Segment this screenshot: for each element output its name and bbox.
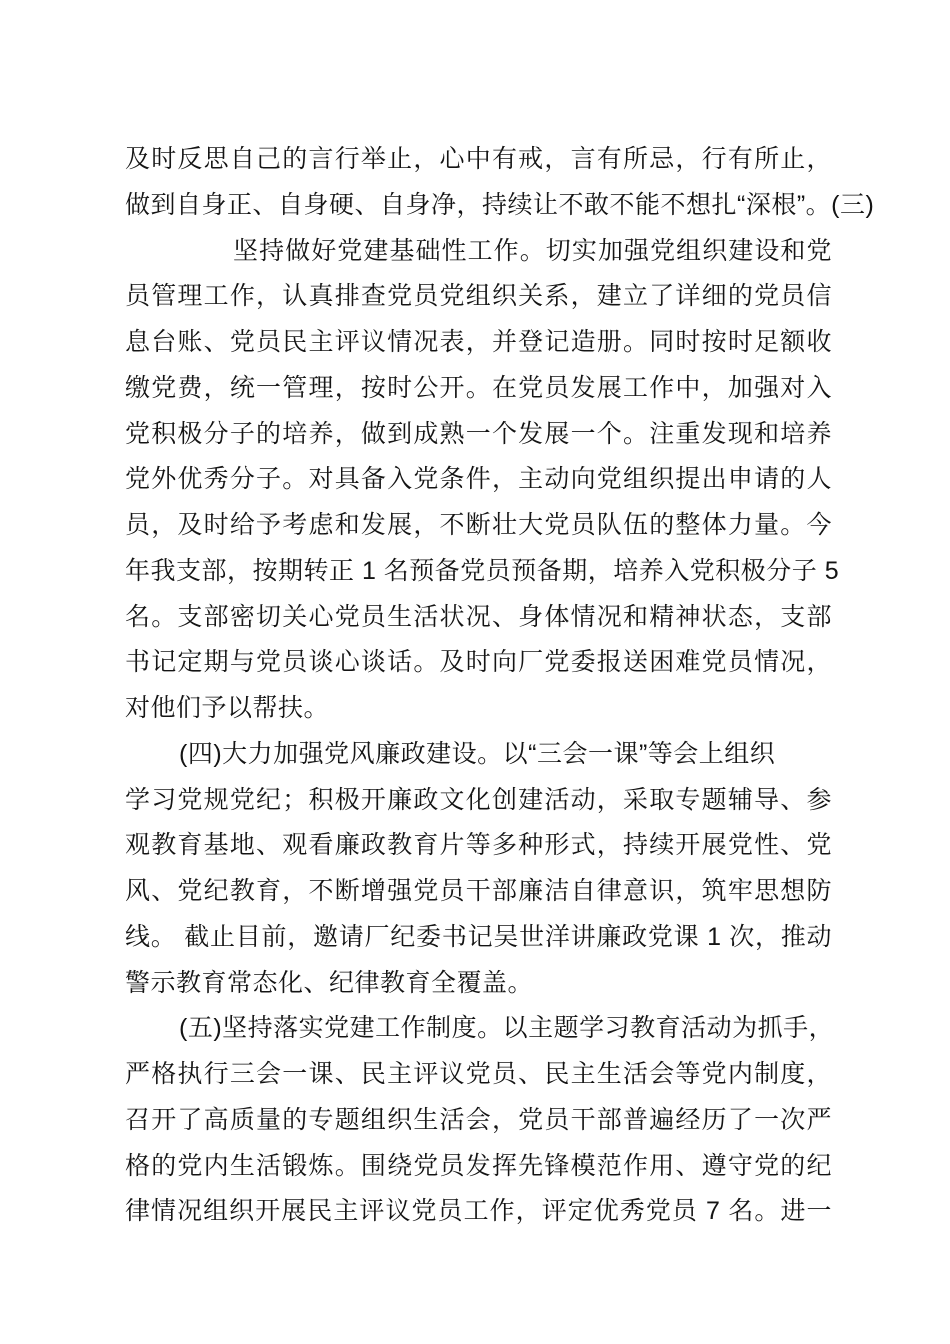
document-line: 名。支部密切关心党员生活状况、身体情况和精神状态，支部	[125, 595, 832, 641]
document-line: 员管理工作，认真排查党员党组织关系，建立了详细的党员信	[125, 274, 832, 320]
document-line: 做到自身正、自身硬、自身净，持续让不敢不能不想扎“深根”。(三)	[125, 183, 832, 229]
document-line: 格的党内生活锻炼。围绕党员发挥先锋模范作用、遵守党的纪	[125, 1144, 832, 1190]
document-line: (五)坚持落实党建工作制度。以主题学习教育活动为抓手，	[125, 1006, 832, 1052]
document-line: 书记定期与党员谈心谈话。及时向厂党委报送困难党员情况，	[125, 640, 832, 686]
document-line: 严格执行三会一课、民主评议党员、民主生活会等党内制度，	[125, 1052, 832, 1098]
page-text-block: 及时反思自己的言行举止，心中有戒，言有所忌，行有所止，做到自身正、自身硬、自身净…	[125, 137, 832, 1235]
document-line: 党外优秀分子。对具备入党条件，主动向党组织提出申请的人	[125, 457, 832, 503]
document-line: 坚持做好党建基础性工作。切实加强党组织建设和党	[125, 229, 832, 275]
document-line: 党积极分子的培养，做到成熟一个发展一个。注重发现和培养	[125, 412, 832, 458]
document-line: 及时反思自己的言行举止，心中有戒，言有所忌，行有所止，	[125, 137, 832, 183]
document-line: 律情况组织开展民主评议党员工作，评定优秀党员 7 名。进一	[125, 1189, 832, 1235]
document-line: 学习党规党纪；积极开廉政文化创建活动，采取专题辅导、参	[125, 778, 832, 824]
document-line: 缴党费，统一管理，按时公开。在党员发展工作中，加强对入	[125, 366, 832, 412]
document-line: 年我支部，按期转正 1 名预备党员预备期，培养入党积极分子 5	[125, 549, 832, 595]
document-page: 及时反思自己的言行举止，心中有戒，言有所忌，行有所止，做到自身正、自身硬、自身净…	[0, 0, 950, 1344]
document-line: 息台账、党员民主评议情况表，并登记造册。同时按时足额收	[125, 320, 832, 366]
document-line: 警示教育常态化、纪律教育全覆盖。	[125, 961, 832, 1007]
document-line: 对他们予以帮扶。	[125, 686, 832, 732]
document-line: (四)大力加强党风廉政建设。以“三会一课”等会上组织	[125, 732, 832, 778]
document-line: 观教育基地、观看廉政教育片等多种形式，持续开展党性、党	[125, 823, 832, 869]
document-line: 员，及时给予考虑和发展，不断壮大党员队伍的整体力量。今	[125, 503, 832, 549]
document-line: 风、党纪教育，不断增强党员干部廉洁自律意识，筑牢思想防	[125, 869, 832, 915]
document-line: 召开了高质量的专题组织生活会，党员干部普遍经历了一次严	[125, 1098, 832, 1144]
document-line: 线。 截止目前，邀请厂纪委书记吴世洋讲廉政党课 1 次，推动	[125, 915, 832, 961]
